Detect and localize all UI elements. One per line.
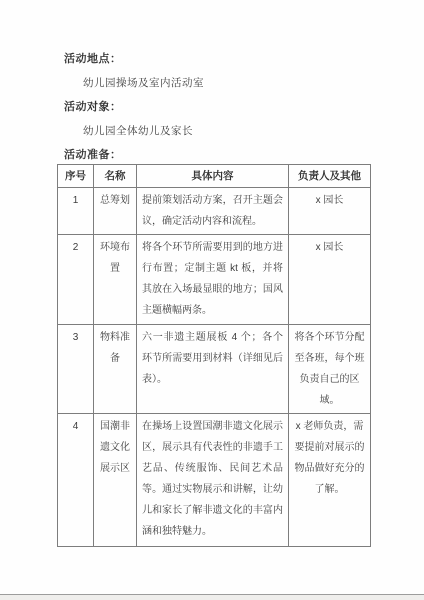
table-row: 1 总筹划 提前策划活动方案，召开主题会议，确定活动内容和流程。 x 园长: [58, 188, 371, 235]
cell-index: 4: [58, 414, 94, 547]
section-heading-activity-audience: 活动对象：: [64, 95, 370, 119]
cell-name: 国潮非遗文化展示区: [94, 414, 137, 547]
table-row: 4 国潮非遗文化展示区 在操场上设置国潮非遗文化展示区，展示具有代表性的非遗手工…: [58, 414, 371, 547]
cell-index: 2: [58, 235, 94, 325]
cell-content: 提前策划活动方案，召开主题会议，确定活动内容和流程。: [137, 188, 289, 235]
table-header-row: 序号 名称 具体内容 负责人及其他: [58, 165, 371, 188]
section-heading-activity-location: 活动地点：: [64, 47, 370, 71]
column-header-index: 序号: [58, 165, 94, 188]
cell-owner: x 老师负责，需要提前对展示的物品做好充分的了解。: [289, 414, 371, 547]
preparation-table: 序号 名称 具体内容 负责人及其他 1 总筹划 提前策划活动方案，召开主题会议，…: [57, 164, 371, 547]
document-viewport: { "document": { "sections": [ { "heading…: [0, 0, 424, 600]
cell-content: 将各个环节所需要用到的地方进行布置；定制主题 kt 板，并将其放在入场最显眼的地…: [137, 235, 289, 325]
document-content: 活动地点： 幼儿园操场及室内活动室 活动对象： 幼儿园全体幼儿及家长 活动准备：…: [0, 0, 424, 547]
cell-content: 在操场上设置国潮非遗文化展示区，展示具有代表性的非遗手工艺品、传统服饰、民间艺术…: [137, 414, 289, 547]
column-header-name: 名称: [94, 165, 137, 188]
table-row: 2 环境布置 将各个环节所需要用到的地方进行布置；定制主题 kt 板，并将其放在…: [58, 235, 371, 325]
cell-name: 总筹划: [94, 188, 137, 235]
cell-owner: x 园长: [289, 188, 371, 235]
table-row: 3 物料准备 六一非遗主题展板 4 个；各个环节所需要用到材料（详细见后表）。 …: [58, 325, 371, 414]
cell-content: 六一非遗主题展板 4 个；各个环节所需要用到材料（详细见后表）。: [137, 325, 289, 414]
cell-name: 环境布置: [94, 235, 137, 325]
section-body-activity-audience: 幼儿园全体幼儿及家长: [83, 119, 370, 143]
cell-index: 3: [58, 325, 94, 414]
column-header-owner: 负责人及其他: [289, 165, 371, 188]
cell-index: 1: [58, 188, 94, 235]
section-body-activity-location: 幼儿园操场及室内活动室: [83, 71, 370, 95]
column-header-content: 具体内容: [137, 165, 289, 188]
cell-name: 物料准备: [94, 325, 137, 414]
cell-owner: 将各个环节分配至各班，每个班负责自己的区域。: [289, 325, 371, 414]
cell-owner: x 园长: [289, 235, 371, 325]
document-page: 活动地点： 幼儿园操场及室内活动室 活动对象： 幼儿园全体幼儿及家长 活动准备：…: [0, 0, 424, 595]
